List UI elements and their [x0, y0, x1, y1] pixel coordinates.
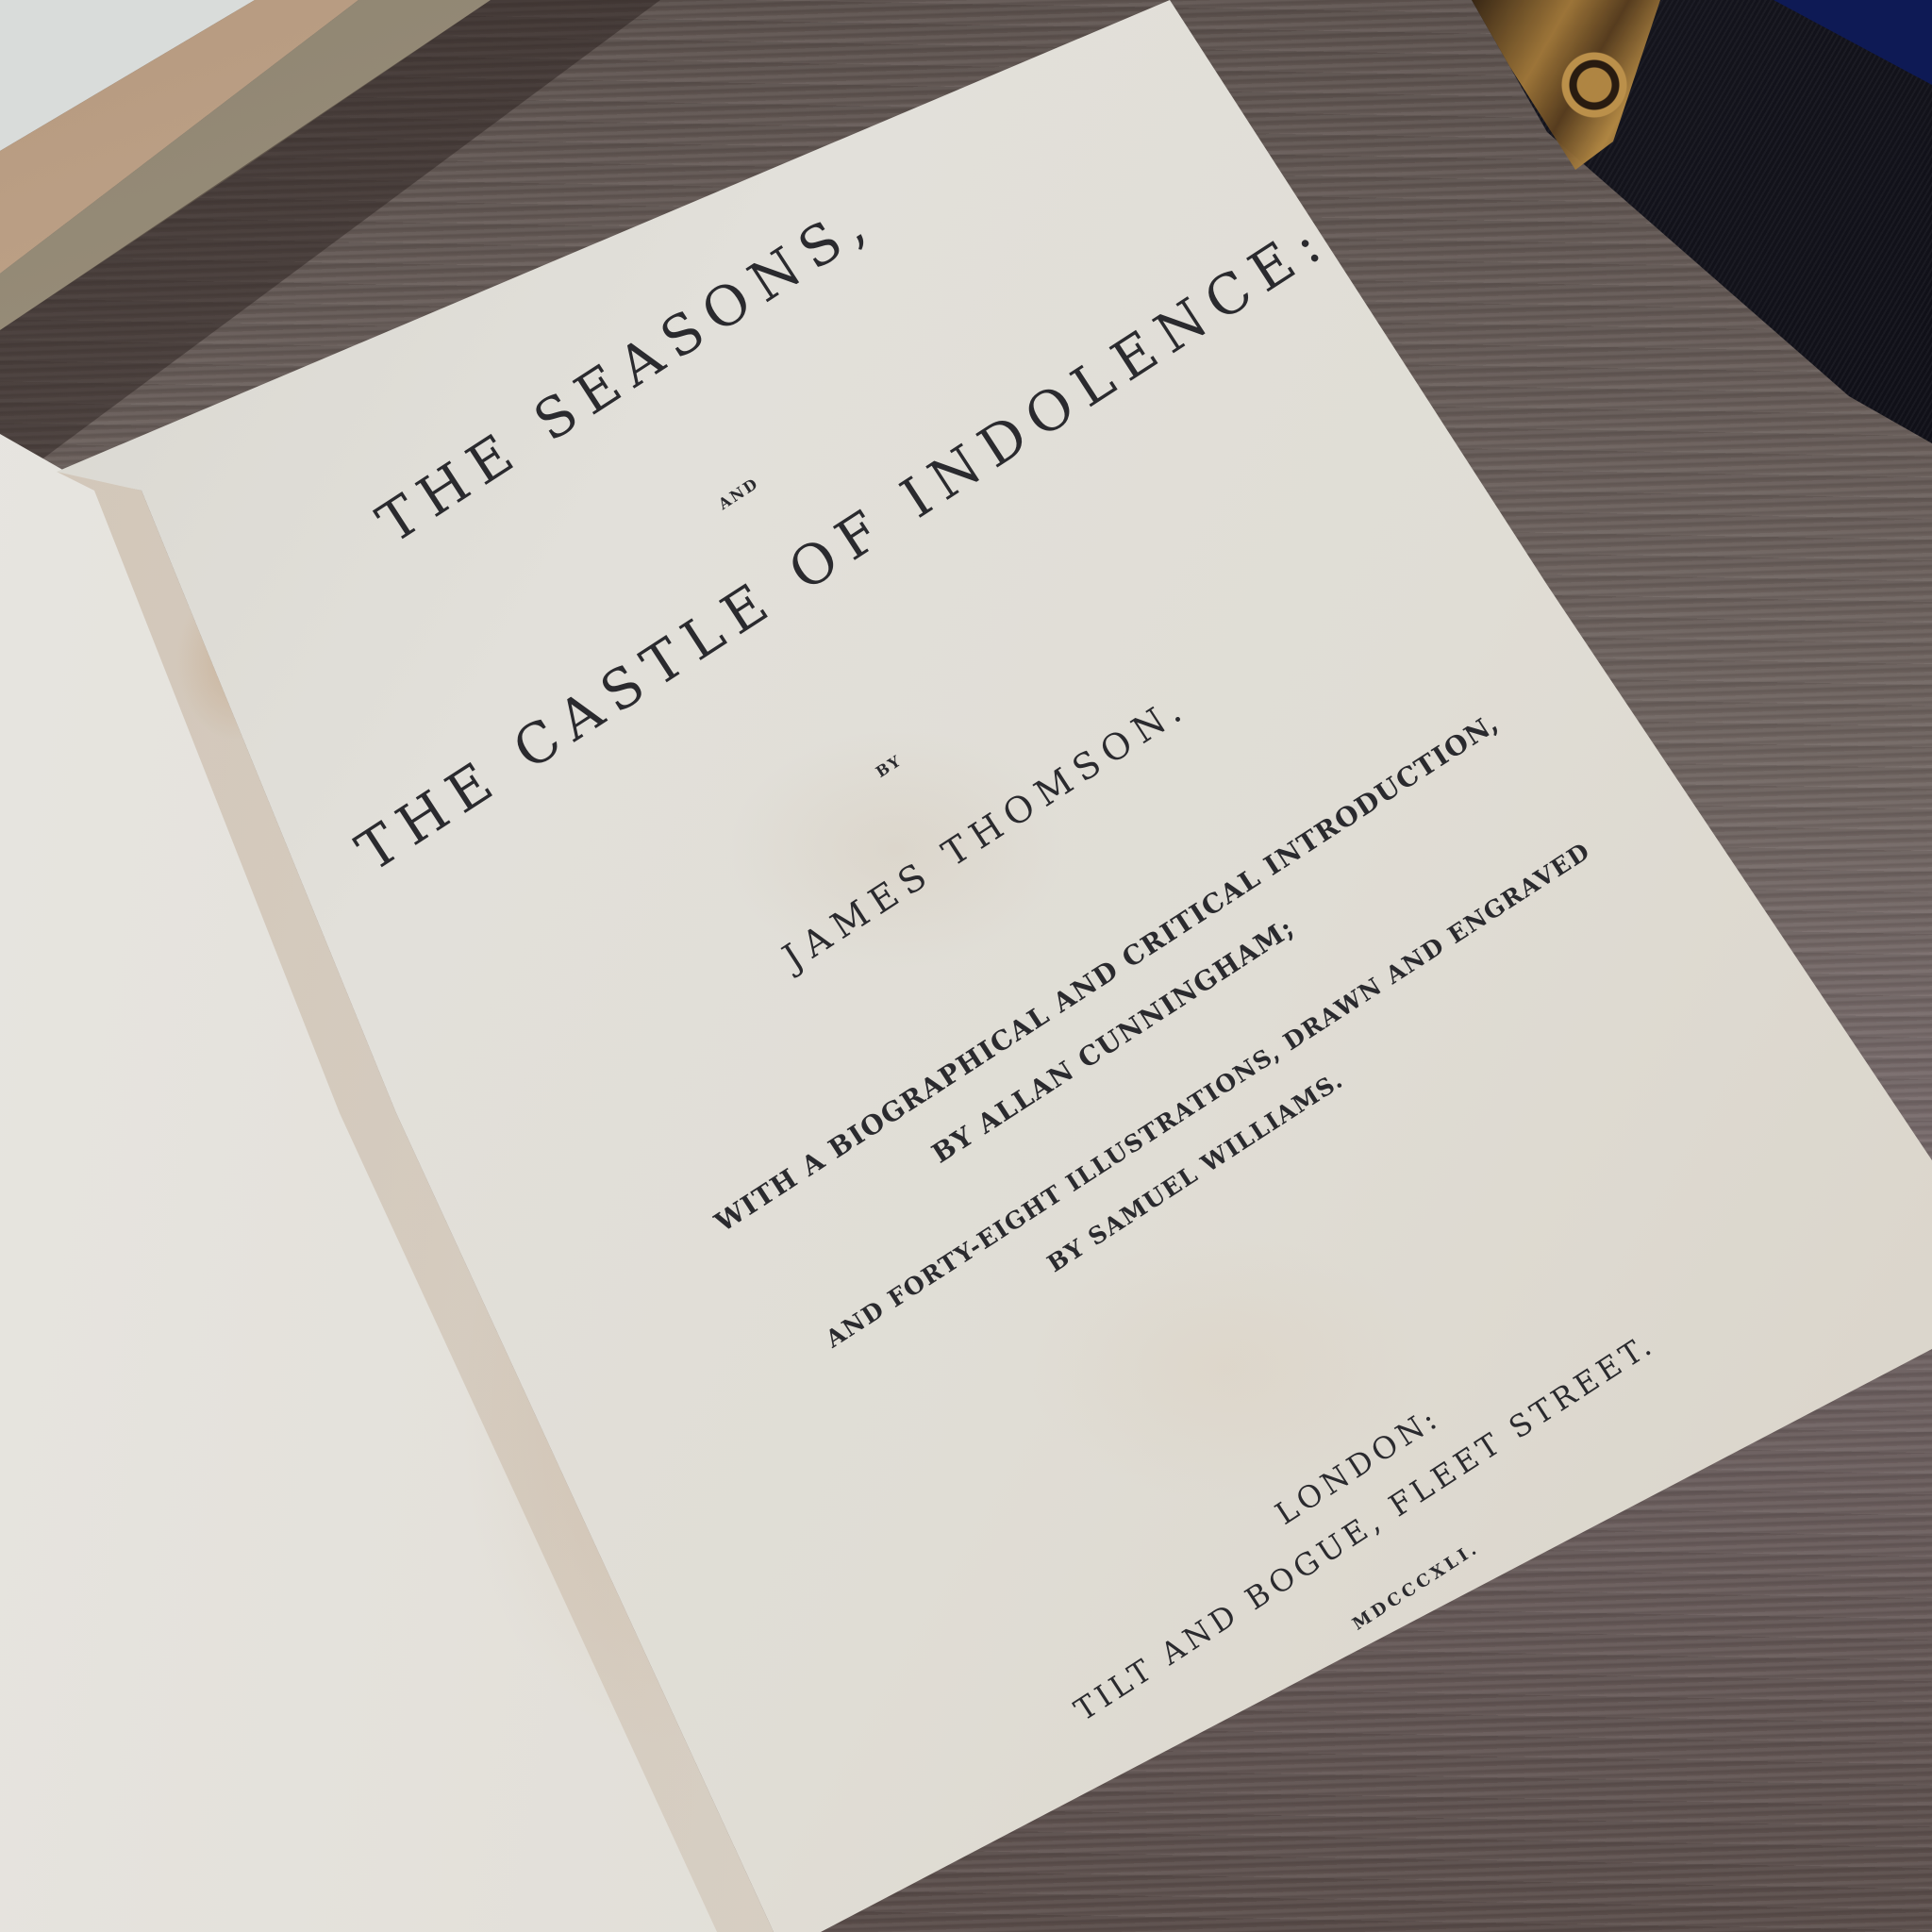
- title-line-2: THE CASTLE OF INDOLENCE:: [345, 207, 1341, 884]
- photo-scene: THE SEASONS, AND THE CASTLE OF INDOLENCE…: [0, 0, 1932, 1932]
- title-conjunction: AND: [715, 474, 762, 512]
- title-page-text: THE SEASONS, AND THE CASTLE OF INDOLENCE…: [0, 0, 1932, 1932]
- publication-year: MDCCCXLI.: [1349, 1538, 1483, 1634]
- publisher-name: TILT AND BOGUE, FLEET STREET.: [1068, 1325, 1661, 1728]
- title-line-1: THE SEASONS,: [366, 188, 885, 556]
- author-name: JAMES THOMSON.: [775, 686, 1195, 978]
- by-label: BY: [873, 751, 905, 781]
